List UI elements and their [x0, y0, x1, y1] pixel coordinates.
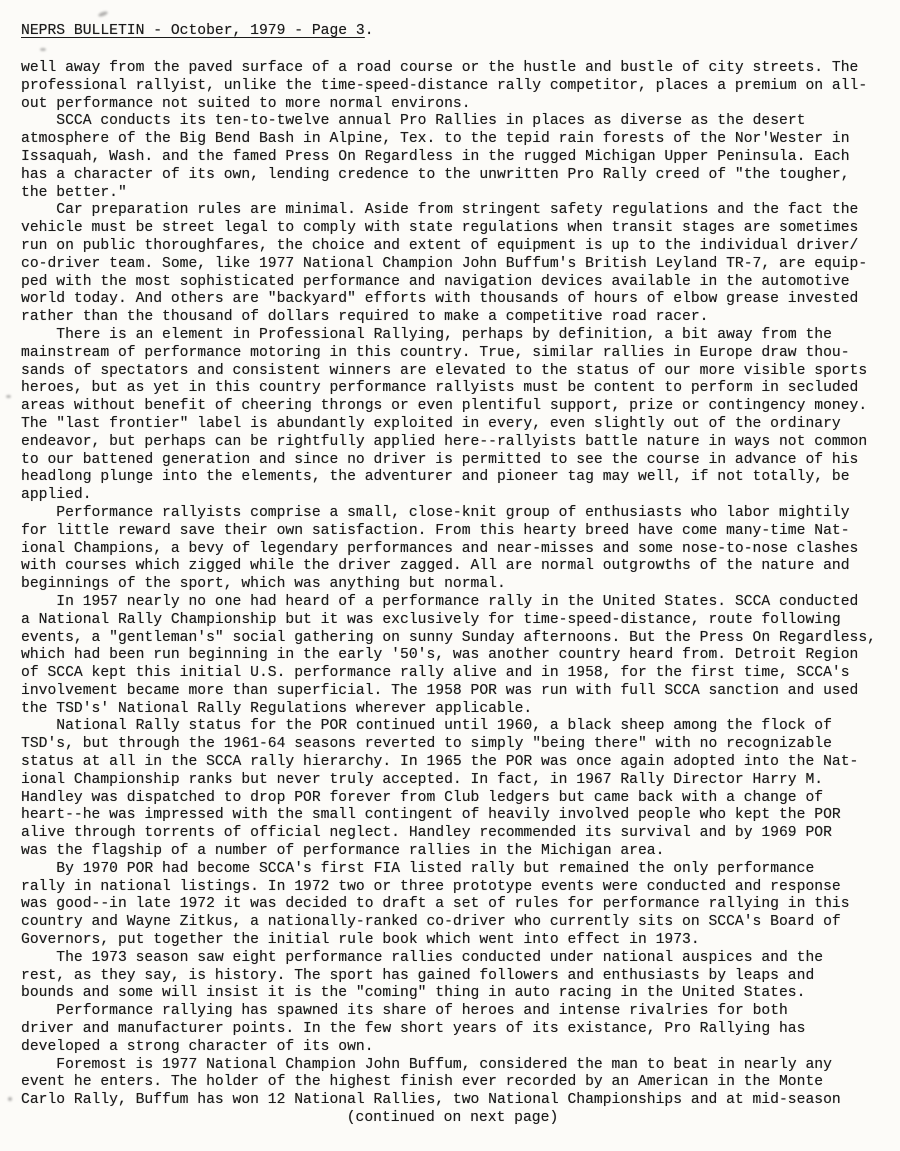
scan-speck — [8, 1097, 12, 1101]
paragraph-6: In 1957 nearly no one had heard of a per… — [21, 594, 884, 719]
page-title-period: . — [365, 23, 374, 39]
paragraph-1: well away from the paved surface of a ro… — [21, 60, 884, 113]
paragraph-10: Performance rallying has spawned its sha… — [21, 1003, 884, 1056]
scan-speck — [98, 10, 109, 17]
paragraph-7: National Rally status for the POR contin… — [21, 718, 884, 860]
paragraph-3: Car preparation rules are minimal. Aside… — [21, 202, 884, 327]
paragraph-4: There is an element in Professional Rall… — [21, 327, 884, 505]
paragraph-5: Performance rallyists comprise a small, … — [21, 505, 884, 594]
paragraph-9: The 1973 season saw eight performance ra… — [21, 950, 884, 1003]
page-title: NEPRS BULLETIN - October, 1979 - Page 3. — [21, 22, 884, 40]
page-title-text: NEPRS BULLETIN - October, 1979 - Page 3 — [21, 23, 365, 39]
paragraph-11: Foremost is 1977 National Champion John … — [21, 1057, 884, 1110]
scanned-document-page: NEPRS BULLETIN - October, 1979 - Page 3.… — [0, 0, 900, 1151]
paragraph-2: SCCA conducts its ten-to-twelve annual P… — [21, 113, 884, 202]
paragraph-8: By 1970 POR had become SCCA's first FIA … — [21, 861, 884, 950]
scan-speck — [6, 395, 11, 398]
continued-on-next-page-note: (continued on next page) — [21, 1110, 884, 1128]
document-content: NEPRS BULLETIN - October, 1979 - Page 3.… — [21, 22, 884, 1128]
